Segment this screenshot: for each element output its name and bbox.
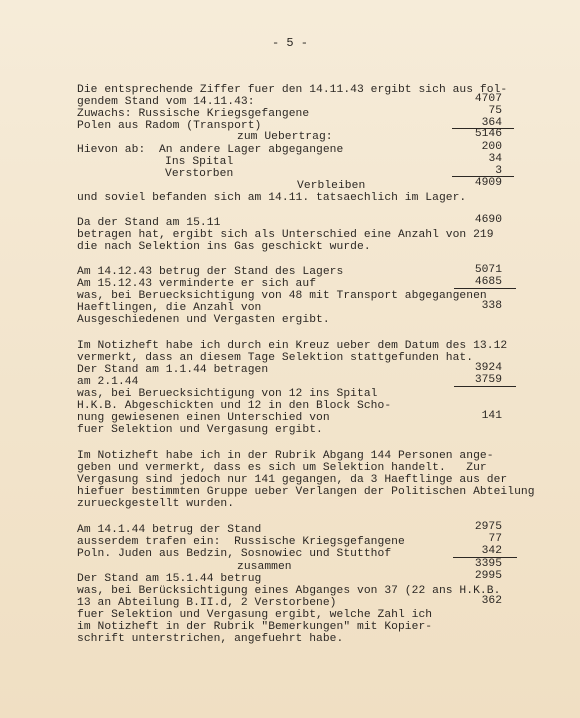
b6-line9: im Notizheft in der Rubrik "Bemerkungen"… bbox=[77, 621, 432, 633]
b1-verstorben-label: Verstorben bbox=[165, 168, 233, 180]
b4-line6: H.K.B. Abgeschickten und 12 in den Block… bbox=[77, 400, 391, 412]
b3-line5: Ausgeschiedenen und Vergasten ergibt. bbox=[77, 314, 330, 326]
sum-rule bbox=[454, 288, 516, 289]
b1-zuwachs-label: Zuwachs: Russische Kriegsgefangene bbox=[77, 108, 309, 120]
b4-value4: 3759 bbox=[442, 374, 502, 386]
b1-polen-label: Polen aus Radom (Transport) bbox=[77, 120, 261, 132]
b6-line7: 13 an Abteilung B.II.d, 2 Verstorbene) bbox=[77, 597, 337, 609]
b6-line2: ausserdem trafen ein: Russische Kriegsge… bbox=[77, 536, 405, 548]
b6-line1: Am 14.1.44 betrug der Stand bbox=[77, 524, 261, 536]
b1-verbleiben-value: 4909 bbox=[442, 177, 502, 189]
b3-value2: 4685 bbox=[442, 276, 502, 288]
b1-closing: und soviel befanden sich am 14.11. tatsa… bbox=[77, 192, 466, 204]
b1-zuwachs-value: 75 bbox=[442, 105, 502, 117]
b3-value1: 5071 bbox=[442, 264, 502, 276]
b4-value7: 141 bbox=[442, 410, 502, 422]
b2-line3: die nach Selektion ins Gas geschickt wur… bbox=[77, 241, 371, 253]
b4-line4: am 2.1.44 bbox=[77, 376, 138, 388]
b6-value2: 77 bbox=[442, 533, 502, 545]
b6-line5: Der Stand am 15.1.44 betrug bbox=[77, 573, 261, 585]
b6-value3: 342 bbox=[442, 545, 502, 557]
b3-line2: Am 15.12.43 verminderte er sich auf bbox=[77, 278, 316, 290]
b4-line2: vermerkt, dass an diesem Tage Selektion … bbox=[77, 352, 473, 364]
b1-uebertrag-value: 5146 bbox=[442, 128, 502, 140]
b4-line8: fuer Selektion und Vergasung ergibt. bbox=[77, 424, 323, 436]
b1-spital-value: 34 bbox=[442, 153, 502, 165]
b4-line3: Der Stand am 1.1.44 betragen bbox=[77, 364, 268, 376]
b1-uebertrag-label: zum Uebertrag: bbox=[237, 131, 333, 143]
b5-line2: geben und vermerkt, dass es sich um Sele… bbox=[77, 462, 487, 474]
b6-value1: 2975 bbox=[442, 521, 502, 533]
b5-line1: Im Notizheft habe ich in der Rubrik Abga… bbox=[77, 450, 494, 462]
b6-line6: was, bei Berücksichtigung eines Abganges… bbox=[77, 585, 500, 597]
b3-line1: Am 14.12.43 betrug der Stand des Lagers bbox=[77, 266, 343, 278]
b1-stand-value: 4707 bbox=[442, 93, 502, 105]
b5-line5: zurueckgestellt wurden. bbox=[77, 498, 234, 510]
b1-verbleiben-label: Verbleiben bbox=[297, 180, 365, 192]
b2-line1: Da der Stand am 15.11 bbox=[77, 217, 220, 229]
sum-rule bbox=[454, 386, 516, 387]
document-page: - 5 - Die entsprechende Ziffer fuer den … bbox=[0, 0, 580, 718]
b1-intro-line2: gendem Stand vom 14.11.43: bbox=[77, 96, 255, 108]
b6-zusammen-value: 3395 bbox=[442, 558, 502, 570]
b1-spital-label: Ins Spital bbox=[165, 156, 233, 168]
b6-value5: 2995 bbox=[442, 570, 502, 582]
b3-line3: was, bei Beruecksichtigung von 48 mit Tr… bbox=[77, 290, 487, 302]
b2-value1: 4690 bbox=[442, 214, 502, 226]
b6-zusammen-label: zusammen bbox=[237, 561, 292, 573]
b6-line3: Poln. Juden aus Bedzin, Sosnowiec und St… bbox=[77, 548, 391, 560]
b4-value3: 3924 bbox=[442, 362, 502, 374]
b6-value7: 362 bbox=[442, 595, 502, 607]
page-number: - 5 - bbox=[0, 36, 580, 50]
b1-hievon-value: 200 bbox=[442, 141, 502, 153]
b4-line1: Im Notizheft habe ich durch ein Kreuz ue… bbox=[77, 340, 507, 352]
b4-line7: nung gewiesenen einen Unterschied von bbox=[77, 412, 330, 424]
b1-hievon-label: Hievon ab: An andere Lager abgegangene bbox=[77, 144, 343, 156]
b6-line8: fuer Selektion und Vergasung ergibt, wel… bbox=[77, 609, 432, 621]
b5-line4: hiefuer bestimmten Gruppe ueber Verlange… bbox=[77, 486, 535, 498]
b6-line10: schrift unterstrichen, angefuehrt habe. bbox=[77, 633, 343, 645]
b3-value4: 338 bbox=[442, 300, 502, 312]
b2-line2: betragen hat, ergibt sich als Unterschie… bbox=[77, 229, 494, 241]
b4-line5: was, bei Beruecksichtigung von 12 ins Sp… bbox=[77, 388, 378, 400]
b5-line3: Vergasung sind jedoch nur 141 gegangen, … bbox=[77, 474, 507, 486]
b3-line4: Haeftlingen, die Anzahl von bbox=[77, 302, 261, 314]
